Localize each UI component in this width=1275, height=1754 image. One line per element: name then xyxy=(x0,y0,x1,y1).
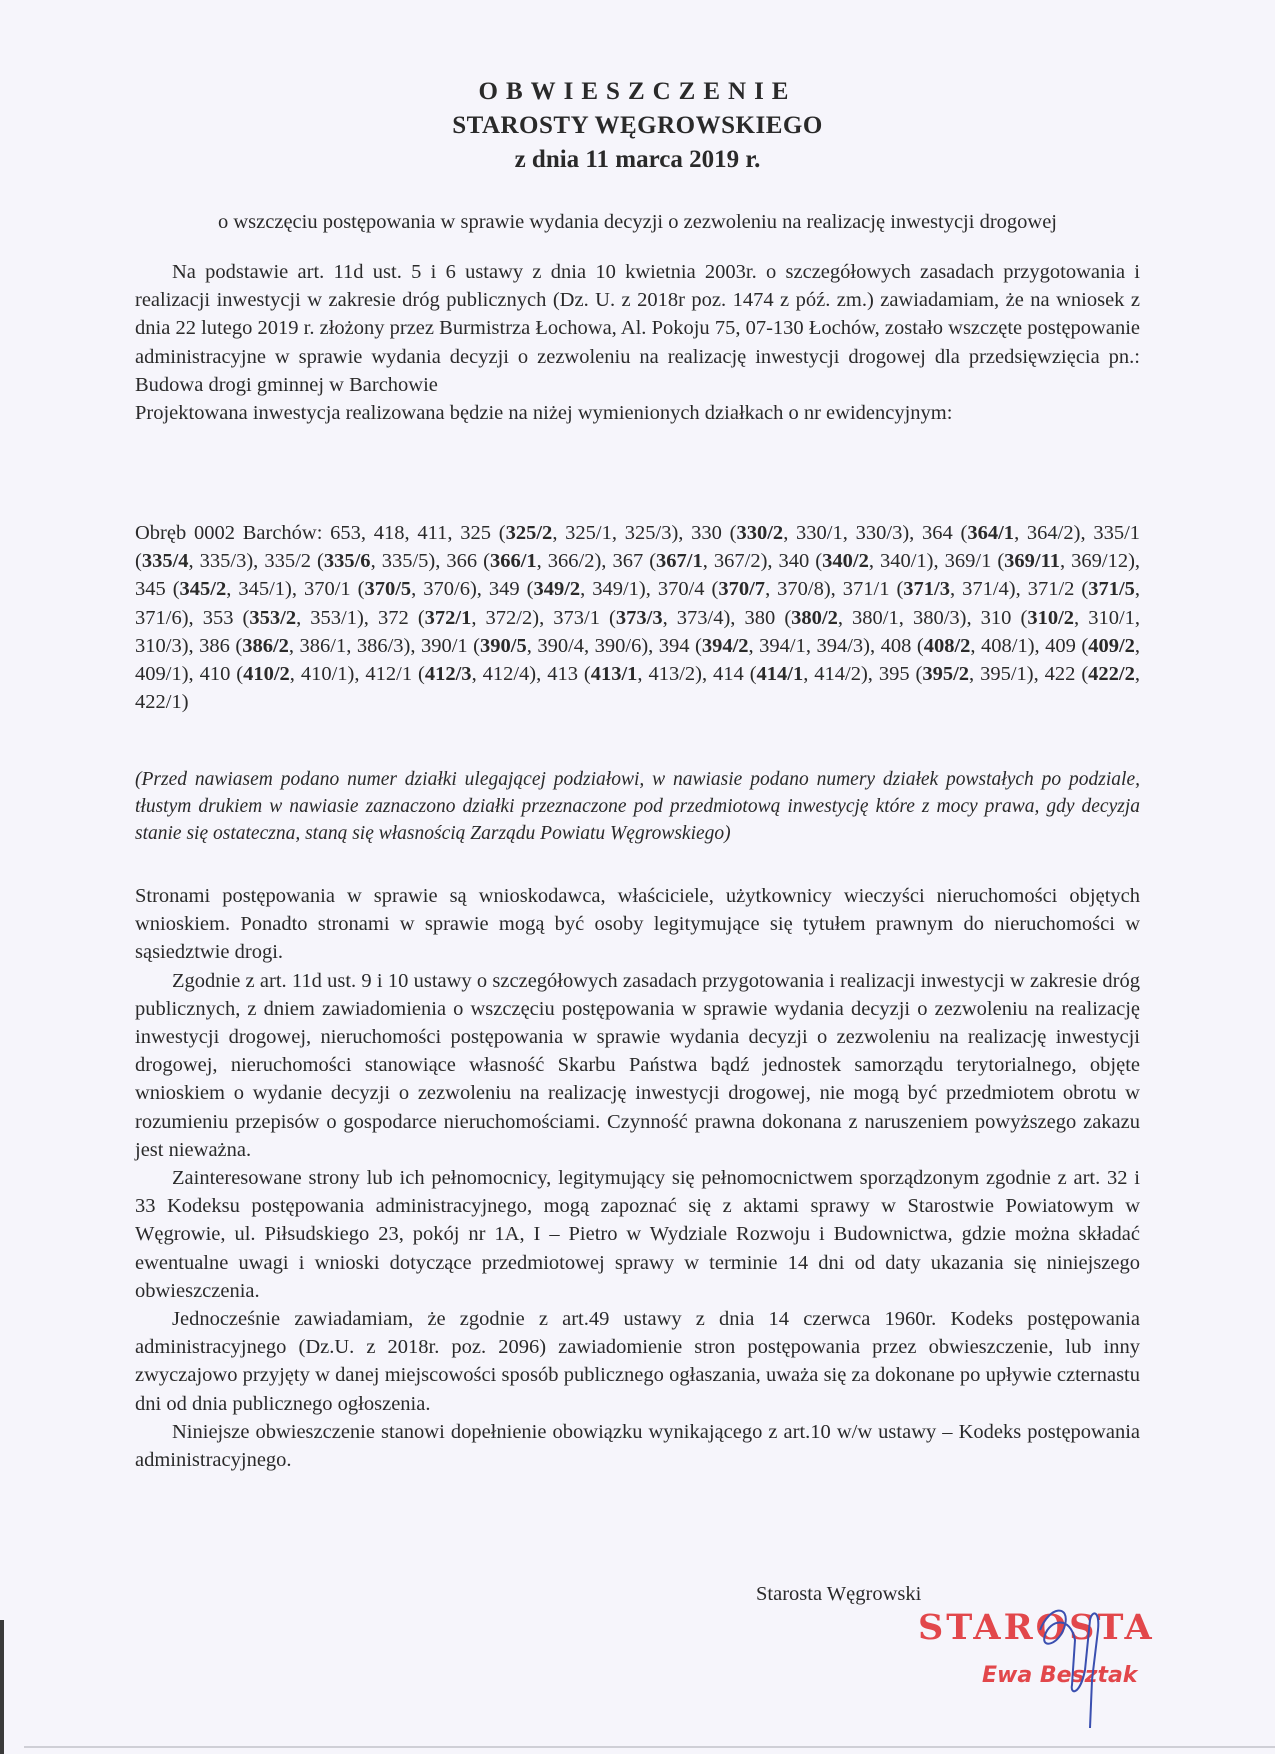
parcel-entry: 367 (367/1, 367/2), xyxy=(612,550,778,572)
parcel-entry: 345 (345/2, 345/1), xyxy=(135,578,304,600)
parcel-designated: 364/1 xyxy=(967,522,1014,544)
parcel-designated: 345/2 xyxy=(180,578,227,600)
parcel-designated: 370/7 xyxy=(718,578,765,600)
intro-paragraph: Na podstawie art. 11d ust. 5 i 6 ustawy … xyxy=(135,258,1140,399)
document-title: OBWIESZCZENIE xyxy=(0,75,1275,109)
parcel-entry: 353 (353/2, 353/1), xyxy=(203,607,378,629)
parcel-entry: 340 (340/2, 340/1), xyxy=(779,550,945,572)
parcel-designated: 335/4 xyxy=(142,550,189,572)
parcel-designated: 409/2 xyxy=(1088,635,1135,657)
parcels-prefix: Obręb 0002 Barchów: 653, 418, 411, xyxy=(135,522,460,544)
signatory-label: Starosta Węgrowski xyxy=(756,1583,921,1606)
parcel-designated: 412/3 xyxy=(425,663,472,685)
article-paragraph: Zgodnie z art. 11d ust. 9 i 10 ustawy o … xyxy=(135,967,1140,1164)
parcel-designated: 335/6 xyxy=(324,550,371,572)
parcel-entry: 371/1 (371/3, 371/4), xyxy=(843,578,1028,600)
parcel-designated: 371/3 xyxy=(903,578,950,600)
parcel-designated: 410/2 xyxy=(243,663,290,685)
scan-edge-left xyxy=(0,1620,4,1754)
parcel-designated: 369/11 xyxy=(1004,550,1060,572)
parcel-entry: 364 (364/1, 364/2), xyxy=(922,522,1093,544)
parcel-designated: 380/2 xyxy=(791,607,838,629)
parcel-entry: 390/1 (390/5, 390/4, 390/6), xyxy=(421,635,659,657)
main-body: Stronami postępowania w sprawie są wnios… xyxy=(135,882,1140,1474)
parcel-designated: 373/3 xyxy=(616,607,663,629)
closing-paragraph: Niniejsze obwieszczenie stanowi dopełnie… xyxy=(135,1418,1140,1474)
parcel-designated: 386/2 xyxy=(242,635,289,657)
parcel-designated: 353/2 xyxy=(249,607,296,629)
document-page: OBWIESZCZENIE STAROSTY WĘGROWSKIEGO z dn… xyxy=(0,0,1275,1754)
parcels-list: Obręb 0002 Barchów: 653, 418, 411, 325 (… xyxy=(135,519,1140,716)
parcel-entry: 373/1 (373/3, 373/4), xyxy=(553,607,744,629)
parcel-entry: 330 (330/2, 330/1, 330/3), xyxy=(691,522,922,544)
scan-edge-bottom xyxy=(24,1746,1275,1748)
parcel-designated: 413/1 xyxy=(591,663,638,685)
access-paragraph: Zainteresowane strony lub ich pełnomocni… xyxy=(135,1164,1140,1305)
parcel-designated: 330/2 xyxy=(736,522,783,544)
parcel-designated: 370/5 xyxy=(364,578,411,600)
parcel-entry: 394 (394/2, 394/1, 394/3), xyxy=(659,635,881,657)
parcel-designated: 414/1 xyxy=(757,663,804,685)
parcel-designated: 366/1 xyxy=(490,550,537,572)
parcel-entry: 386 (386/2, 386/1, 386/3), xyxy=(199,635,421,657)
parcel-designated: 325/2 xyxy=(506,522,553,544)
notification-paragraph: Jednocześnie zawiadamiam, że zgodnie z a… xyxy=(135,1305,1140,1418)
parcel-entry: 414 (414/1, 414/2), xyxy=(713,663,879,685)
parcel-entry: 366 (366/1, 366/2), xyxy=(446,550,612,572)
parcel-designated: 367/1 xyxy=(656,550,703,572)
issue-date: z dnia 11 marca 2019 r. xyxy=(0,143,1275,177)
parcel-designated: 422/2 xyxy=(1088,663,1135,685)
document-subject: o wszczęciu postępowania w sprawie wydan… xyxy=(135,207,1140,238)
parcels-note: (Przed nawiasem podano numer działki ule… xyxy=(135,766,1140,847)
parcel-designated: 390/5 xyxy=(480,635,527,657)
parcel-designated: 408/2 xyxy=(924,635,971,657)
document-header: OBWIESZCZENIE STAROSTY WĘGROWSKIEGO z dn… xyxy=(0,75,1275,177)
parcel-entry: 370/4 (370/7, 370/8), xyxy=(658,578,843,600)
parcel-designated: 372/1 xyxy=(425,607,472,629)
parties-paragraph: Stronami postępowania w sprawie są wnios… xyxy=(135,882,1140,967)
parcel-entry: 410 (410/2, 410/1), xyxy=(200,663,366,685)
parcel-entry: 335/2 (335/6, 335/5), xyxy=(264,550,446,572)
parcel-entry: 408 (408/2, 408/1), xyxy=(881,635,1046,657)
parcels-paragraph: Obręb 0002 Barchów: 653, 418, 411, 325 (… xyxy=(135,519,1140,716)
parcel-designated: 395/2 xyxy=(922,663,969,685)
parcel-entry: 325 (325/2, 325/1, 325/3), xyxy=(460,522,691,544)
issuer-title: STAROSTY WĘGROWSKIEGO xyxy=(0,109,1275,143)
parcels-intro: Projektowana inwestycja realizowana będz… xyxy=(135,399,1140,427)
parcel-designated: 394/2 xyxy=(702,635,749,657)
parcel-designated: 340/2 xyxy=(822,550,869,572)
handwritten-signature-icon xyxy=(1030,1600,1120,1730)
parcel-designated: 349/2 xyxy=(533,578,580,600)
parcel-designated: 310/2 xyxy=(1027,607,1074,629)
parcel-entry: 372 (372/1, 372/2), xyxy=(378,607,553,629)
parcel-entry: 369/1 (369/11, 369/12), xyxy=(945,550,1140,572)
intro-section: Na podstawie art. 11d ust. 5 i 6 ustawy … xyxy=(135,258,1140,427)
parcel-entry: 380 (380/2, 380/1, 380/3), xyxy=(745,607,981,629)
parcel-entry: 370/1 (370/5, 370/6), xyxy=(304,578,489,600)
parcel-designated: 371/5 xyxy=(1088,578,1135,600)
parcel-entry: 413 (413/1, 413/2), xyxy=(547,663,713,685)
parcel-entry: 412/1 (412/3, 412/4), xyxy=(365,663,547,685)
parcel-entry: 349 (349/2, 349/1), xyxy=(489,578,658,600)
parcel-entry: 395 (395/2, 395/1), xyxy=(879,663,1045,685)
